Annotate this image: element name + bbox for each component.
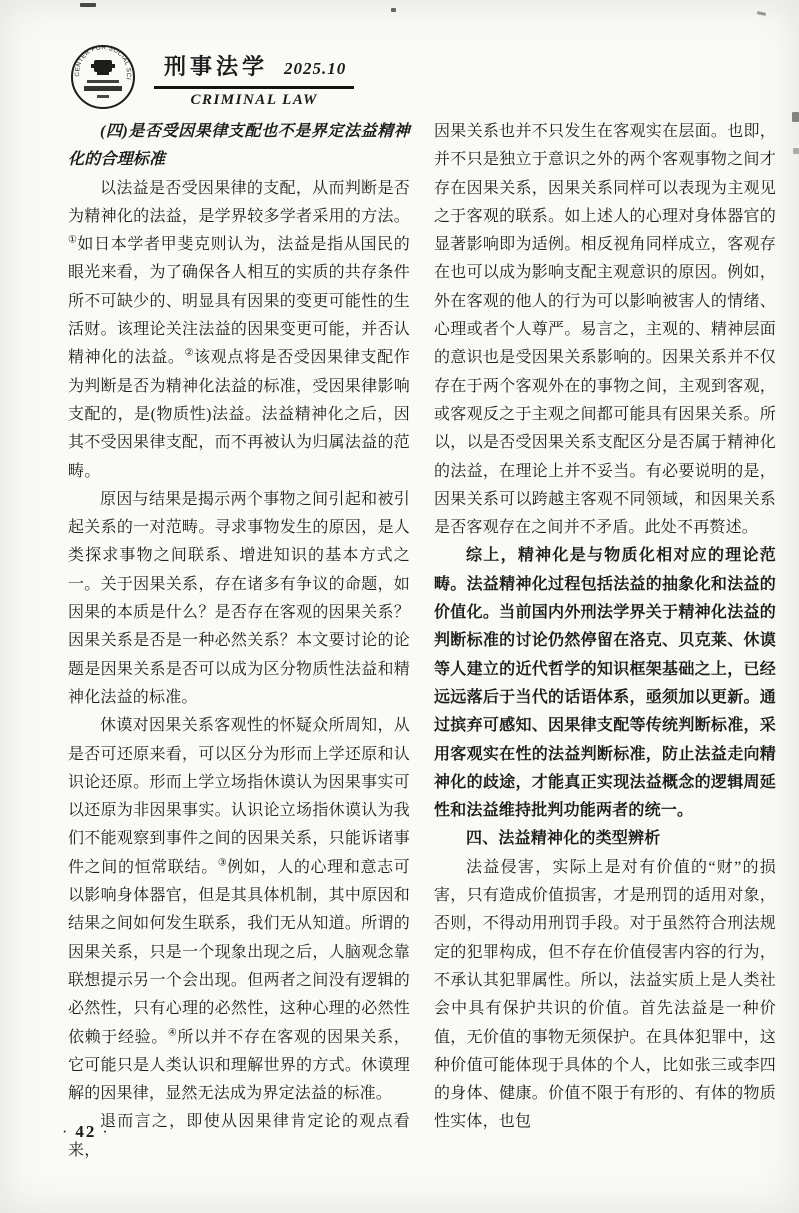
paragraph: 综上，精神化是与物质化相对应的理论范畴。法益精神化过程包括法益的抽象化和法益的价… bbox=[434, 542, 776, 825]
scan-artifact bbox=[757, 11, 766, 16]
paragraph: 法益侵害，实际上是对有价值的“财”的损害，只有造成价值损害，才是刑罚的适用对象，… bbox=[434, 854, 776, 1137]
scan-artifact bbox=[391, 8, 396, 12]
paragraph: 退而言之，即使从因果律肯定论的观点看来， bbox=[68, 1108, 410, 1165]
journal-issue: 2025.10 bbox=[284, 59, 346, 79]
footnote-marker: ③ bbox=[218, 857, 227, 868]
seal-script-marks bbox=[84, 80, 122, 98]
right-column: 因果关系也并不只发生在客观实在层面。也即，并不只是独立于意识之外的两个客观事物之… bbox=[434, 118, 776, 1165]
scan-artifact bbox=[793, 148, 799, 154]
section-heading: 四、法益精神化的类型辨析 bbox=[434, 825, 776, 853]
masthead: 刑事法学 2025.10 CRIMINAL LAW bbox=[154, 44, 354, 109]
journal-header: CENTER FOR SOCIAL SCIENCES 刑事法学 bbox=[70, 44, 354, 110]
journal-logo-seal: CENTER FOR SOCIAL SCIENCES bbox=[70, 44, 136, 110]
page-number-dot: · bbox=[102, 1124, 109, 1141]
article-body: (四)是否受因果律支配也不是界定法益精神化的合理标准以法益是否受因果律的支配，从… bbox=[68, 118, 776, 1165]
seal-emblem-icon bbox=[91, 60, 115, 75]
footnote-marker: ④ bbox=[168, 1027, 177, 1038]
paragraph: 以法益是否受因果律的支配，从而判断是否为精神化的法益，是学界较多学者采用的方法。… bbox=[68, 175, 410, 486]
left-column: (四)是否受因果律支配也不是界定法益精神化的合理标准以法益是否受因果律的支配，从… bbox=[68, 118, 410, 1165]
journal-title-en: CRIMINAL LAW bbox=[154, 92, 354, 109]
paragraph: 原因与结果是揭示两个事物之间引起和被引起关系的一对范畴。寻求事物发生的原因，是人… bbox=[68, 486, 410, 712]
page-number-value: 42 bbox=[75, 1122, 96, 1141]
footnote-marker: ② bbox=[185, 348, 194, 359]
paragraph: 因果关系也并不只发生在客观实在层面。也即，并不只是独立于意识之外的两个客观事物之… bbox=[434, 118, 776, 542]
header-rule bbox=[154, 86, 354, 89]
journal-page: CENTER FOR SOCIAL SCIENCES 刑事法学 bbox=[0, 0, 799, 1213]
scan-artifact bbox=[80, 3, 96, 7]
journal-title-cn: 刑事法学 bbox=[164, 50, 268, 81]
page-number: · 42 · bbox=[62, 1122, 110, 1142]
scan-artifact bbox=[792, 112, 799, 122]
paragraph: 休谟对因果关系客观性的怀疑众所周知，从是否可还原来看，可以区分为形而上学还原和认… bbox=[68, 712, 410, 1108]
page-number-dot: · bbox=[62, 1124, 69, 1141]
subsection-heading: (四)是否受因果律支配也不是界定法益精神化的合理标准 bbox=[68, 118, 410, 175]
footnote-marker: ① bbox=[68, 235, 77, 246]
